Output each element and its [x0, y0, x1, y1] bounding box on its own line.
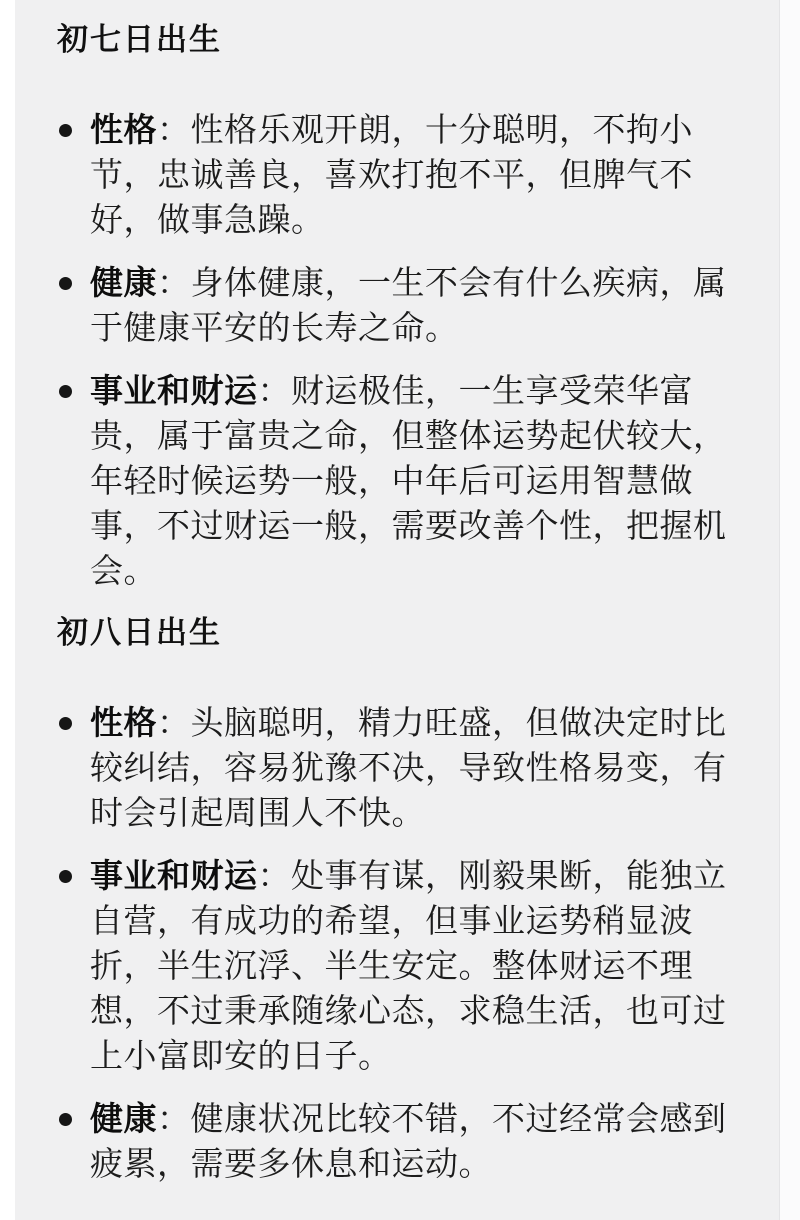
bullet-icon — [59, 385, 72, 398]
section-heading-day-eight: 初八日出生 — [57, 613, 735, 652]
article-page: 初七日出生 性格：性格乐观开朗，十分聪明，不拘小节，忠诚善良，喜欢打抱不平，但脾… — [0, 0, 800, 1220]
right-page-margin — [779, 0, 800, 1220]
section-day-seven: 初七日出生 性格：性格乐观开朗，十分聪明，不拘小节，忠诚善良，喜欢打抱不平，但脾… — [57, 20, 735, 593]
item-label: 健康 — [90, 1100, 157, 1137]
item-label: 性格 — [90, 704, 157, 741]
list-item-personality: 性格：头脑聪明，精力旺盛，但做决定时比较纠结，容易犹豫不决，导致性格易变，有时会… — [57, 700, 735, 835]
bullet-icon — [59, 1113, 72, 1126]
item-colon: ： — [157, 111, 191, 148]
list-item-career-wealth: 事业和财运：财运极佳，一生享受荣华富贵，属于富贵之命，但整体运势起伏较大，年轻时… — [57, 368, 735, 593]
bullet-icon — [59, 717, 72, 730]
item-label: 事业和财运 — [90, 857, 258, 894]
article-content: 初七日出生 性格：性格乐观开朗，十分聪明，不拘小节，忠诚善良，喜欢打抱不平，但脾… — [15, 0, 779, 1220]
list-item-career-wealth: 事业和财运：处事有谋，刚毅果断，能独立自营，有成功的希望，但事业运势稍显波折，半… — [57, 853, 735, 1078]
item-colon: ： — [157, 1100, 191, 1137]
bullet-icon — [59, 277, 72, 290]
item-label: 事业和财运 — [90, 372, 258, 409]
attribute-list: 性格：性格乐观开朗，十分聪明，不拘小节，忠诚善良，喜欢打抱不平，但脾气不好，做事… — [57, 107, 735, 593]
item-colon: ： — [157, 264, 191, 301]
section-day-eight: 初八日出生 性格：头脑聪明，精力旺盛，但做决定时比较纠结，容易犹豫不决，导致性格… — [57, 613, 735, 1186]
item-colon: ： — [258, 372, 292, 409]
item-label: 性格 — [90, 111, 157, 148]
item-colon: ： — [258, 857, 292, 894]
bullet-icon — [59, 870, 72, 883]
item-label: 健康 — [90, 264, 157, 301]
left-page-margin — [0, 0, 15, 1220]
list-item-personality: 性格：性格乐观开朗，十分聪明，不拘小节，忠诚善良，喜欢打抱不平，但脾气不好，做事… — [57, 107, 735, 242]
list-item-health: 健康：健康状况比较不错，不过经常会感到疲累，需要多休息和运动。 — [57, 1096, 735, 1186]
bullet-icon — [59, 124, 72, 137]
attribute-list: 性格：头脑聪明，精力旺盛，但做决定时比较纠结，容易犹豫不决，导致性格易变，有时会… — [57, 700, 735, 1186]
list-item-health: 健康：身体健康，一生不会有什么疾病，属于健康平安的长寿之命。 — [57, 260, 735, 350]
section-heading-day-seven: 初七日出生 — [57, 20, 735, 59]
item-colon: ： — [157, 704, 191, 741]
